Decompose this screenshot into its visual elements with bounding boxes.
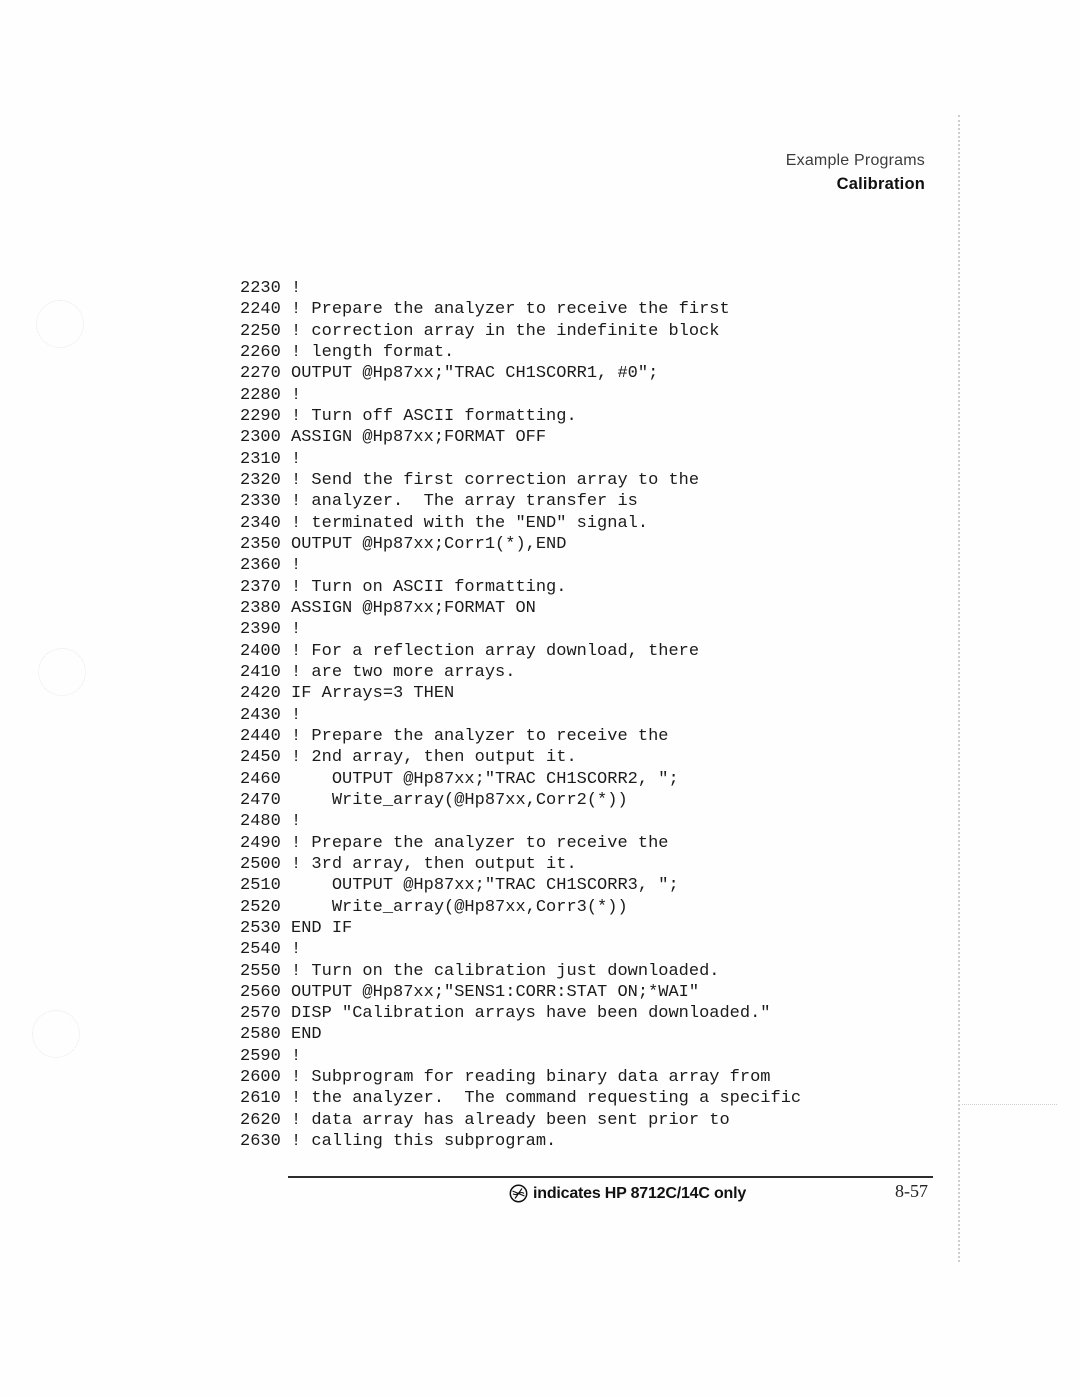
code-line: 2570 DISP "Calibration arrays have been … [240, 1003, 801, 1024]
scanned-manual-page: Example Programs Calibration 2230 !2240 … [0, 0, 1080, 1397]
code-line: 2340 ! terminated with the "END" signal. [240, 513, 801, 534]
code-line: 2440 ! Prepare the analyzer to receive t… [240, 726, 801, 747]
scan-smudge-artifact [32, 1010, 80, 1058]
code-line: 2420 IF Arrays=3 THEN [240, 683, 801, 704]
code-line: 2510 OUTPUT @Hp87xx;"TRAC CH1SCORR3, "; [240, 875, 801, 896]
code-line: 2320 ! Send the first correction array t… [240, 470, 801, 491]
code-line: 2350 OUTPUT @Hp87xx;Corr1(*),END [240, 534, 801, 555]
code-line: 2250 ! correction array in the indefinit… [240, 321, 801, 342]
footer-rule [288, 1176, 933, 1178]
code-line: 2280 ! [240, 385, 801, 406]
code-line: 2550 ! Turn on the calibration just down… [240, 961, 801, 982]
code-line: 2390 ! [240, 619, 801, 640]
code-line: 2470 Write_array(@Hp87xx,Corr2(*)) [240, 790, 801, 811]
code-line: 2260 ! length format. [240, 342, 801, 363]
code-line: 2450 ! 2nd array, then output it. [240, 747, 801, 768]
vertical-dotted-rule [958, 115, 960, 1262]
code-line: 2600 ! Subprogram for reading binary dat… [240, 1067, 801, 1088]
code-line: 2360 ! [240, 555, 801, 576]
code-line: 2540 ! [240, 939, 801, 960]
horizontal-dotted-artifact [962, 1104, 1057, 1105]
circled-wheel-icon [509, 1184, 528, 1203]
code-line: 2460 OUTPUT @Hp87xx;"TRAC CH1SCORR2, "; [240, 769, 801, 790]
code-line: 2380 ASSIGN @Hp87xx;FORMAT ON [240, 598, 801, 619]
code-line: 2290 ! Turn off ASCII formatting. [240, 406, 801, 427]
code-line: 2480 ! [240, 811, 801, 832]
code-line: 2370 ! Turn on ASCII formatting. [240, 577, 801, 598]
code-line: 2530 END IF [240, 918, 801, 939]
code-line: 2230 ! [240, 278, 801, 299]
header-section-title: Example Programs [786, 152, 925, 170]
code-line: 2620 ! data array has already been sent … [240, 1110, 801, 1131]
code-line: 2400 ! For a reflection array download, … [240, 641, 801, 662]
code-line: 2630 ! calling this subprogram. [240, 1131, 801, 1152]
footer-note-text: indicates HP 8712C/14C only [533, 1185, 746, 1203]
code-line: 2610 ! the analyzer. The command request… [240, 1088, 801, 1109]
code-line: 2270 OUTPUT @Hp87xx;"TRAC CH1SCORR1, #0"… [240, 363, 801, 384]
code-line: 2240 ! Prepare the analyzer to receive t… [240, 299, 801, 320]
code-listing: 2230 !2240 ! Prepare the analyzer to rec… [240, 278, 801, 1152]
code-line: 2520 Write_array(@Hp87xx,Corr3(*)) [240, 897, 801, 918]
page-number: 8-57 [895, 1181, 928, 1202]
scan-smudge-artifact [36, 300, 84, 348]
code-line: 2560 OUTPUT @Hp87xx;"SENS1:CORR:STAT ON;… [240, 982, 801, 1003]
footer-note: indicates HP 8712C/14C only [509, 1184, 746, 1203]
page-header: Example Programs Calibration [786, 152, 925, 194]
code-line: 2300 ASSIGN @Hp87xx;FORMAT OFF [240, 427, 801, 448]
code-line: 2500 ! 3rd array, then output it. [240, 854, 801, 875]
code-line: 2410 ! are two more arrays. [240, 662, 801, 683]
code-line: 2580 END [240, 1024, 801, 1045]
header-subsection-title: Calibration [786, 175, 925, 194]
scan-smudge-artifact [38, 648, 86, 696]
code-line: 2490 ! Prepare the analyzer to receive t… [240, 833, 801, 854]
code-line: 2430 ! [240, 705, 801, 726]
code-line: 2310 ! [240, 449, 801, 470]
code-line: 2590 ! [240, 1046, 801, 1067]
code-line: 2330 ! analyzer. The array transfer is [240, 491, 801, 512]
